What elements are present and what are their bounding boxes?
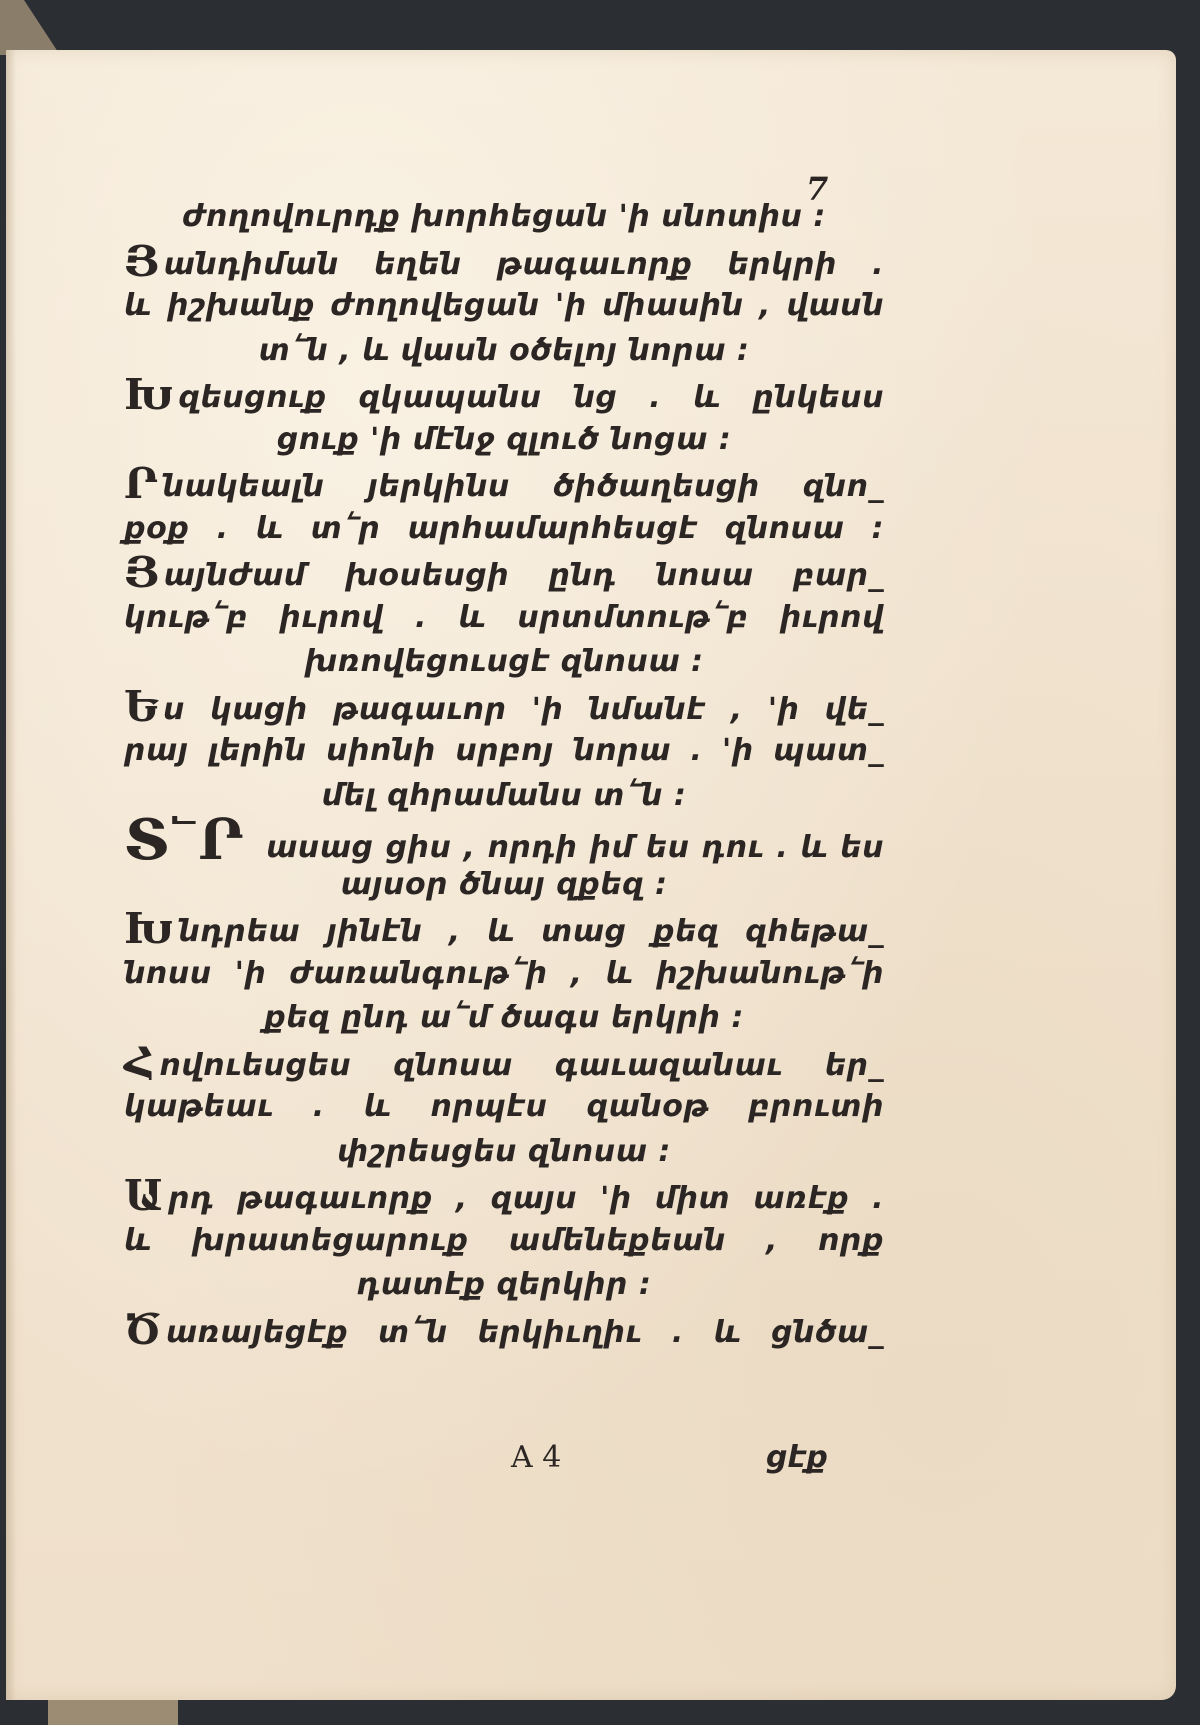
line-text: այնժամ խօսեսցի ընդ նոսա բար_ (164, 558, 885, 593)
text-line: Յանդիման եղեն թագաւորք երկրի ․ (124, 240, 884, 285)
line-text: անդիման եղեն թագաւորք երկրի ․ (164, 247, 885, 282)
line-text: մել զհրամանս տ՟ն ։ (322, 778, 687, 813)
text-line: նոսս 'ի ժառանգութ՟ի , և իշխանութ՟ի (124, 952, 884, 997)
line-text: նակեալն յերկինս ծիծաղեսցի զնո_ (162, 469, 884, 504)
text-line: և խրատեցարուք ամենեքեան , որք (124, 1219, 884, 1264)
line-text: քօք ․ և տ՟ր արհամարհեսցէ զնոսա ։ (124, 511, 884, 546)
initial-letter: Յ (124, 237, 160, 286)
text-line: ցուք 'ի մէնջ զլուծ նոցա ։ (124, 418, 884, 463)
text-line: Արդ թագաւորք , զայս 'ի միտ առէք ․ (124, 1174, 884, 1219)
initial-letter: Ր (124, 459, 158, 508)
line-text: ցուք 'ի մէնջ զլուծ նոցա ։ (277, 422, 731, 457)
text-line: Ծառայեցէք տ՟ն երկիւղիւ ․ և ցնծա_ (124, 1308, 884, 1353)
text-line: Յայնժամ խօսեսցի ընդ նոսա բար_ (124, 551, 884, 596)
initial-letter: Տ՟Ր (124, 807, 244, 873)
psalm-text-block: ժողովուրդք խորհեցան 'ի սնոտիս ։Յանդիման … (124, 195, 884, 1352)
line-text: ասաց ցիս , որդի իմ ես դու ․ և ես (266, 830, 884, 865)
text-line: Ես կացի թագաւոր 'ի նմանէ , 'ի վե_ (124, 685, 884, 730)
line-text: և խրատեցարուք ամենեքեան , որք (124, 1223, 884, 1258)
initial-letter: Ծ (124, 1305, 162, 1354)
line-text: և իշխանք ժողովեցան 'ի միասին , վասն (124, 288, 884, 323)
signature-mark: A 4 (511, 1440, 561, 1475)
text-line: փշրեսցես զնոսա ։ (124, 1130, 884, 1175)
binding-scrap-bottom (48, 1700, 178, 1725)
line-text: զեսցուք զկապանս նց ․ և ընկեսս (178, 380, 884, 415)
line-text: նդրեա յինէն , և տաց քեզ զհեթա_ (178, 914, 884, 949)
text-line: Խնդրեա յինէն , և տաց քեզ զհեթա_ (124, 907, 884, 952)
line-text: տ՟ն , և վասն օծելոյ նորա ։ (259, 333, 750, 368)
text-line: Հովուեսցես զնոսա գաւազանաւ եր_ (124, 1041, 884, 1086)
line-text: այսօր ծնայ զքեզ ։ (340, 867, 667, 902)
line-text: խռովեցուսցէ զնոսա ։ (304, 644, 703, 679)
line-text: րդ թագաւորք , զայս 'ի միտ առէք ․ (168, 1181, 884, 1216)
text-line: կութ՟բ իւրով ․ և սրտմտութ՟բ իւրով (124, 596, 884, 641)
line-text: քեզ ընդ ա՟մ ծագս երկրի ։ (264, 1000, 744, 1035)
initial-letter: Ե (124, 682, 159, 731)
initial-letter: Հ (124, 1038, 155, 1087)
text-line: ժողովուրդք խորհեցան 'ի սնոտիս ։ (124, 195, 884, 240)
binding-scrap-top (0, 0, 60, 55)
line-text: կութ՟բ իւրով ․ և սրտմտութ՟բ իւրով (124, 600, 884, 635)
catchword: ցէք (766, 1440, 828, 1475)
initial-letter: Ա (124, 1171, 164, 1220)
line-text: փշրեսցես զնոսա ։ (337, 1134, 671, 1169)
text-line: Րնակեալն յերկինս ծիծաղեսցի զնո_ (124, 462, 884, 507)
text-line: խռովեցուսցէ զնոսա ։ (124, 640, 884, 685)
line-text: ս կացի թագաւոր 'ի նմանէ , 'ի վե_ (163, 692, 884, 727)
line-text: ժողովուրդք խորհեցան 'ի սնոտիս ։ (182, 199, 826, 234)
book-page: 7 ժողովուրդք խորհեցան 'ի սնոտիս ։Յանդիմա… (6, 50, 1176, 1700)
text-line: և իշխանք ժողովեցան 'ի միասին , վասն (124, 284, 884, 329)
text-line: տ՟ն , և վասն օծելոյ նորա ։ (124, 329, 884, 374)
text-line: Խզեսցուք զկապանս նց ․ և ընկեսս (124, 373, 884, 418)
text-line: քօք ․ և տ՟ր արհամարհեսցէ զնոսա ։ (124, 507, 884, 552)
text-line: Տ՟Րասաց ցիս , որդի իմ ես դու ․ և ես (124, 818, 884, 863)
initial-letter: Յ (124, 548, 160, 597)
line-text: կաթեաւ ․ և որպէս զանօթ բրուտի (124, 1089, 884, 1124)
initial-letter: Խ (124, 904, 174, 953)
line-text: առայեցէք տ՟ն երկիւղիւ ․ և ցնծա_ (166, 1315, 884, 1350)
line-text: նոսս 'ի ժառանգութ՟ի , և իշխանութ՟ի (124, 956, 884, 991)
line-text: րայ լերին սիոնի սրբոյ նորա ․ 'ի պատ_ (124, 733, 884, 768)
text-line: րայ լերին սիոնի սրբոյ նորա ․ 'ի պատ_ (124, 729, 884, 774)
line-text: դատէք զերկիր ։ (357, 1267, 652, 1302)
line-text: ովուեսցես զնոսա գաւազանաւ եր_ (159, 1048, 884, 1083)
text-line: քեզ ընդ ա՟մ ծագս երկրի ։ (124, 996, 884, 1041)
text-line: կաթեաւ ․ և որպէս զանօթ բրուտի (124, 1085, 884, 1130)
initial-letter: Խ (124, 370, 174, 419)
text-line: դատէք զերկիր ։ (124, 1263, 884, 1308)
